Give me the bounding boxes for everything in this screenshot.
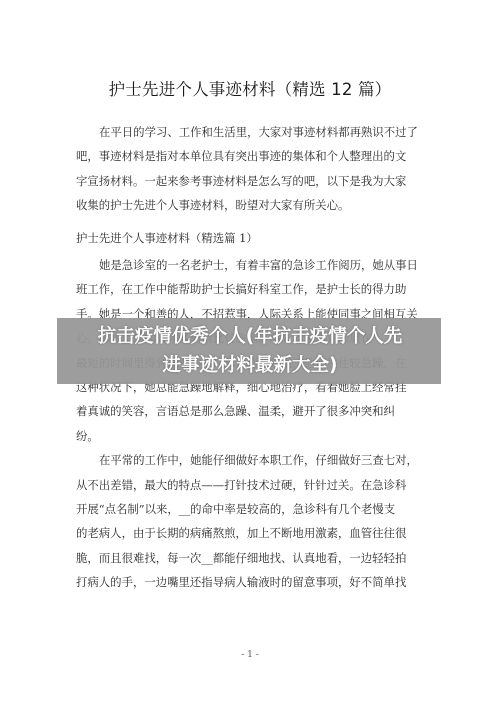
intro-line: 收集的护士先进个人事迹材料，盼望对大家有所关心。 (76, 193, 424, 217)
page-number: - 1 - (0, 650, 500, 660)
story-line: 着真诚的笑容，言语总是那么急躁、温柔，避开了很多冲突和纠 (76, 399, 424, 423)
section-heading: 护士先进个人事迹材料（精选篇 1） (76, 226, 258, 250)
story-line: 从不出差错，最大的特点——打针技术过硬，针针过关。在急诊科 (76, 473, 424, 497)
story-line: 的老病人，由于长期的病痛熬煎，加上不断地用激素，血管往往很 (76, 521, 424, 545)
overlay-title: 抗击疫情优秀个人(年抗击疫情个人先 进事迹材料最新大全) (0, 322, 500, 380)
intro-line: 在平日的学习、工作和生活里，大家对事迹材料都再熟识不过了 (76, 120, 424, 144)
story-line: 脆，而且很难找，每一次__都能仔细地找、认真地看，一边轻轻拍 (76, 546, 424, 570)
story-line: 班工作，在工作中能帮助护士长搞好科室工作，是护士长的得力助 (76, 277, 424, 301)
intro-line: 字宣扬材料。一起来参考事迹材料是怎么写的吧，以下是我为大家 (76, 169, 424, 193)
document-title: 护士先进个人事迹材料（精选 12 篇） (0, 76, 500, 100)
overlay-title-line-2: 进事迹材料最新大全) (0, 351, 500, 380)
story-line: 开展“点名制”以来，__的命中率是较高的，急诊科有几个老慢支 (76, 497, 424, 521)
story-line: 她是急诊室的一名老护士，有着丰富的急诊工作阅历，她从事日 (76, 253, 424, 277)
intro-paragraph: 在平日的学习、工作和生活里，大家对事迹材料都再熟识不过了 吧，事迹材料是指对本单… (76, 120, 424, 218)
overlay-title-line-1: 抗击疫情优秀个人(年抗击疫情个人先 (0, 322, 500, 351)
intro-line: 吧，事迹材料是指对本单位具有突出事迹的集体和个人整理出的文 (76, 144, 424, 168)
story-line: 打病人的手，一边嘴里还指导病人输液时的留意事项，好不简单找 (76, 570, 424, 594)
story-paragraphs: 她是急诊室的一名老护士，有着丰富的急诊工作阅历，她从事日 班工作，在工作中能帮助… (76, 253, 424, 594)
story-line: 纷。 (76, 424, 424, 448)
document-page: 护士先进个人事迹材料（精选 12 篇） 在平日的学习、工作和生活里，大家对事迹材… (0, 0, 500, 706)
story-line: 在平常的工作中，她能仔细做好本职工作，仔细做好三查七对， (76, 448, 424, 472)
